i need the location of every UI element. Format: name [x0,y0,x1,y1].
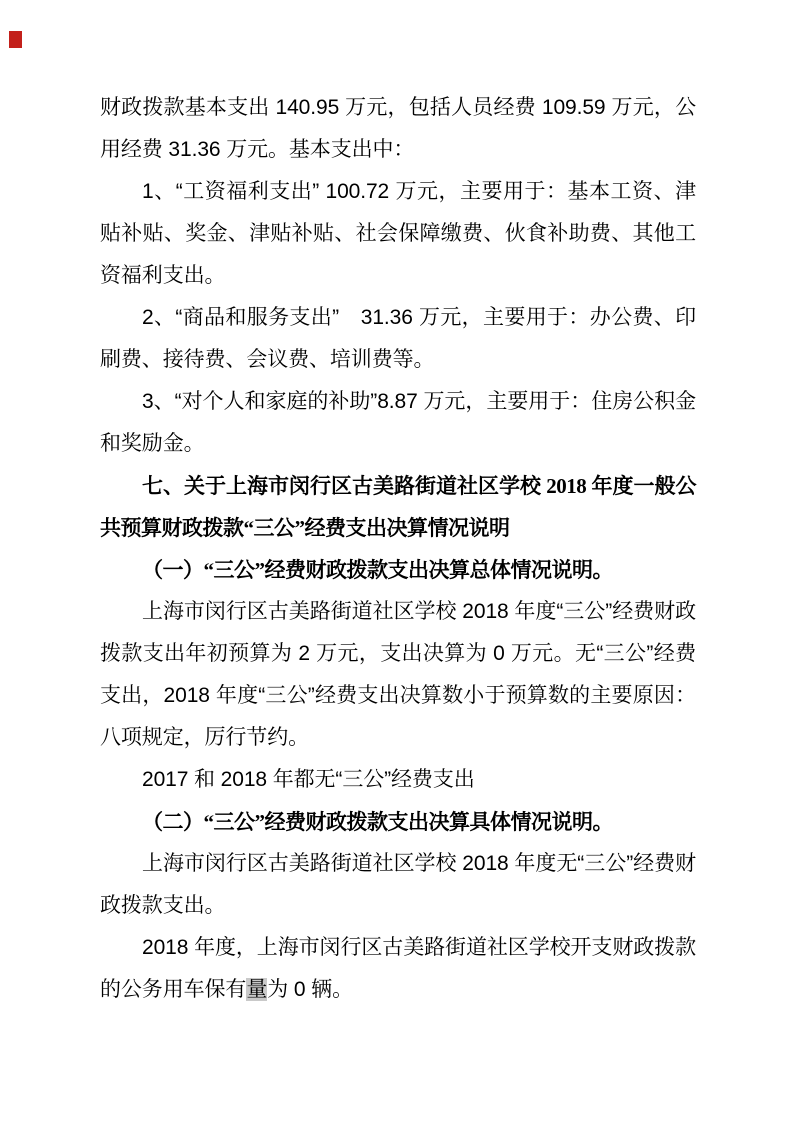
paragraph-official-vehicle: 2018 年度，上海市闵行区古美路街道社区学校开支财政拨款的公务用车保有量为 0… [100,927,696,1011]
list-item-individual-family-subsidy: 3、“对个人和家庭的补助”8.87 万元，主要用于：住房公积金和奖励金。 [100,381,696,465]
highlighted-char: 量 [246,978,267,1001]
paragraph-basic-expenditure: 财政拨款基本支出 140.95 万元，包括人员经费 109.59 万元，公用经费… [100,87,696,171]
paragraph-no-expense-2017-2018: 2017 和 2018 年都无“三公”经费支出 [100,759,696,801]
document-body: 财政拨款基本支出 140.95 万元，包括人员经费 109.59 万元，公用经费… [100,87,696,1011]
heading-subsection-one: （一）“三公”经费财政拨款支出决算总体情况说明。 [100,549,696,591]
heading-section-seven: 七、关于上海市闵行区古美路街道社区学校 2018 年度一般公共预算财政拨款“三公… [100,465,696,549]
red-stamp-marker [9,31,22,48]
list-item-salary-welfare: 1、“工资福利支出” 100.72 万元，主要用于：基本工资、津贴补贴、奖金、津… [100,171,696,297]
heading-subsection-two: （二）“三公”经费财政拨款支出决算具体情况说明。 [100,801,696,843]
paragraph-sangong-specific: 上海市闵行区古美路街道社区学校 2018 年度无“三公”经费财政拨款支出。 [100,843,696,927]
list-item-goods-services: 2、“商品和服务支出” 31.36 万元，主要用于：办公费、印刷费、接待费、会议… [100,297,696,381]
paragraph-sangong-overall: 上海市闵行区古美路街道社区学校 2018 年度“三公”经费财政拨款支出年初预算为… [100,591,696,759]
vehicle-text-post: 为 0 辆。 [267,978,353,1001]
vehicle-text-pre: 2018 年度，上海市闵行区古美路街道社区学校开支财政拨款的公务用车保有 [100,936,696,1001]
